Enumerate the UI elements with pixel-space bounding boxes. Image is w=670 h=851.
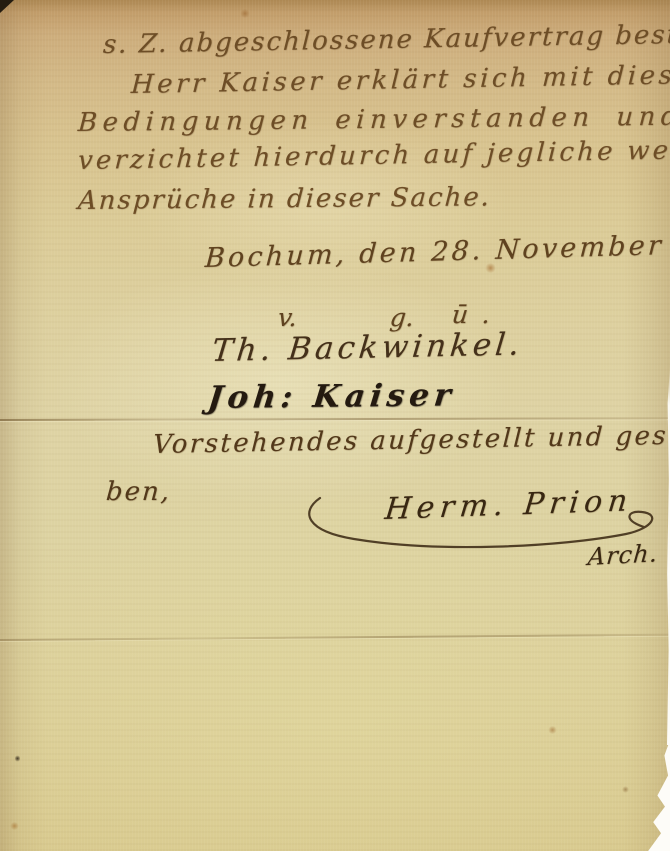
paper-speck — [15, 755, 20, 762]
signature-kaiser: Joh: Kaiser — [206, 377, 457, 416]
vgu-abbrev-g: g. — [388, 303, 415, 332]
scanned-document-page: s. Z. abgeschlossene Kaufvertrag bestehe… — [0, 0, 670, 851]
handwritten-line-3: Bedingungen einverstanden und — [77, 102, 670, 138]
closing-line-2: ben, — [105, 477, 172, 507]
paper-stain — [240, 9, 250, 18]
signature-backwinkel: Th. Backwinkel. — [210, 326, 525, 369]
paper-stain — [548, 726, 557, 734]
vgu-abbrev-u: ū. — [450, 300, 505, 329]
handwritten-line-5: Ansprüche in dieser Sache. — [77, 182, 492, 216]
signature-prion-title: Arch. — [587, 539, 660, 571]
vgu-abbrev-v: v. — [276, 303, 298, 332]
paper-stain — [485, 263, 496, 273]
paper-stain — [10, 822, 19, 830]
paper-stain — [622, 786, 629, 793]
